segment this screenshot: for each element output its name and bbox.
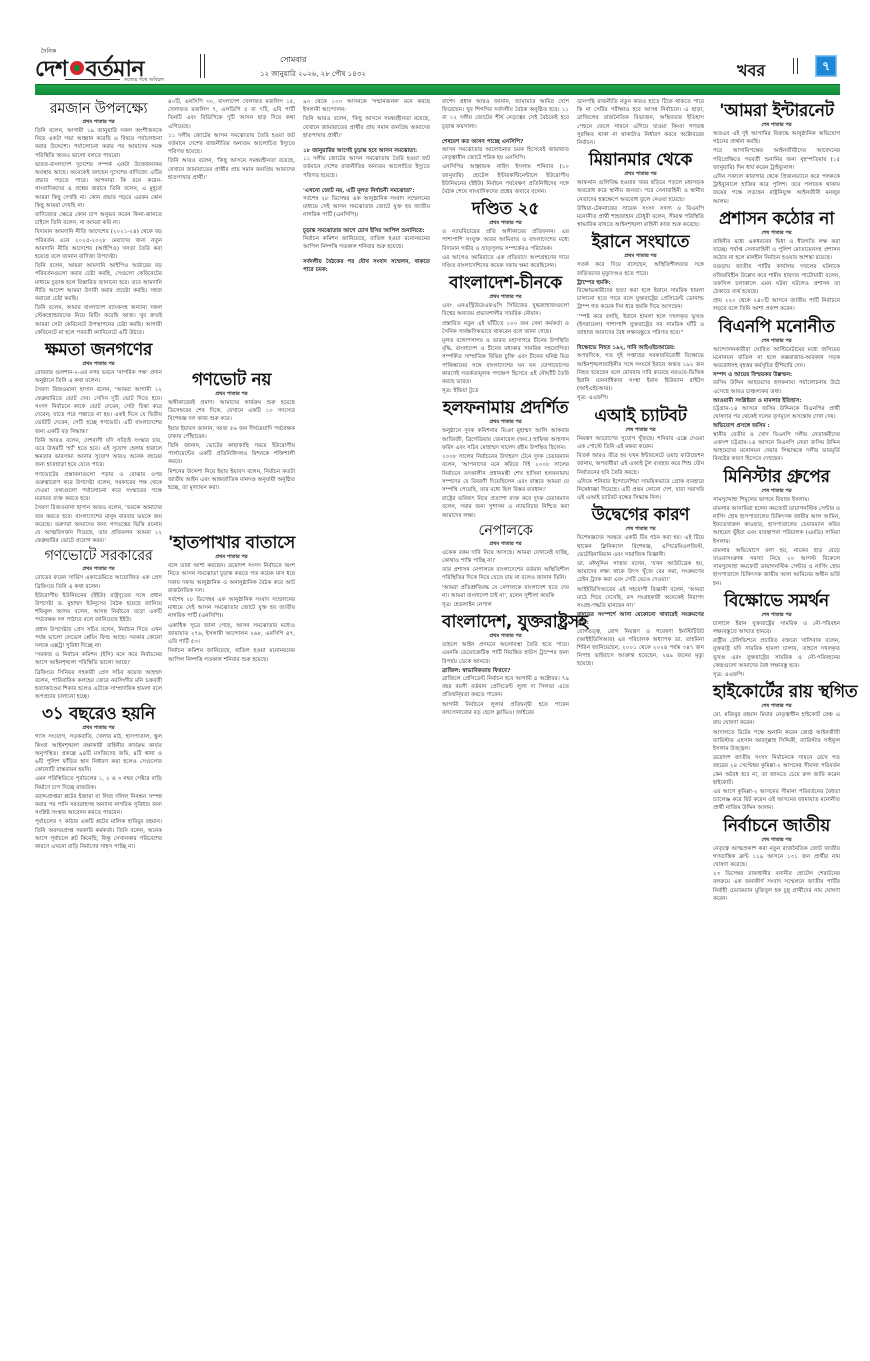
paragraph: নেতৃত্বে আত্মপ্রকাশ করা নতুন রাজনৈতিক জো… — [713, 845, 840, 870]
paragraph: রোগতত্ত্ব, রোগ নিয়ন্ত্রণ ও গবেষণা ইনস্ট… — [577, 628, 704, 669]
article-bnp-mononito[interactable]: বিএনপি মনোনীত শেষ পাতার পর আন্দোলনকারীরা… — [713, 316, 840, 464]
paragraph: তিনি জানান, ভোটের কাছাকাছি সময়ে ইউরোপীয… — [168, 442, 295, 467]
paragraph: ১১ দলীয় জোটের আসন সমঝোতায় তৈরি হওয়া জ… — [168, 132, 295, 157]
paragraph: সর্বশেষ ২৮ ডিসেম্বর এক আনুষ্ঠানিক সংবাদ … — [168, 596, 295, 621]
source-credit: সূত্র: এএফপি। — [713, 671, 840, 679]
paragraph: ৪০টি, এনসিপি ৩০, বাংলাদেশ খেলাফত মজলিস ১… — [168, 98, 295, 131]
jump-label: প্রথম পাতার পর — [35, 566, 162, 573]
column-1: রমজান উপলক্ষ্যে প্রথম পাতার পর তিনি বলেন… — [35, 98, 162, 852]
paragraph: বিক্ষোভকারীদের হত্যা করা হলে ইরানে সামরি… — [577, 287, 704, 312]
paragraph: এর আগেও আমিরাতে এক প্রতিবাদে অংশগ্রহণের … — [442, 254, 569, 270]
paragraph: এদিকে শনিবার ইন্দোনেশিয়া সাময়িকভাবে গ্… — [577, 478, 704, 503]
column-3: ৯০ থেকে ১০০ আসনকে 'সম্মানজনক' মনে করছে ই… — [303, 98, 430, 275]
issue-day: সোমবার — [280, 54, 306, 67]
paragraph: এর আগে কুমিল্লা-২ আসনের সীমানা পরিবর্তনে… — [713, 788, 840, 813]
column-5: ডানপন্থি রাজনীতি নতুন কারও হাতে টিকে থাক… — [577, 98, 704, 670]
headline: গণভোটে সরকারের — [35, 547, 162, 566]
jump-label: প্রথম পাতার পর — [442, 419, 569, 426]
article-nirbachone-jatiyo[interactable]: নির্বাচনে জাতীয় শেষ পাতার পর নেতৃত্বে আ… — [713, 815, 840, 903]
newspaper-logo[interactable]: দৈনিক দেশবর্তমান সত্যের পথে অবিচল — [35, 48, 195, 84]
paragraph: বগুড়ায় জাতীয় পার্টির কার্যালয় দখলের … — [713, 263, 840, 296]
jump-label: প্রথম পাতার পর — [35, 119, 162, 126]
paragraph: গণভোটের প্রস্তাবনাগুলো পড়ার ও বোঝার ওপর… — [35, 471, 162, 504]
article-bikkhobhe-somorthon[interactable]: বিক্ষোভে সমর্থন শেষ পাতার পর চালালে ইরান… — [713, 590, 840, 679]
subheading: অভিযোগ প্রসঙ্গে জসিম : — [713, 422, 840, 430]
jump-label: প্রথম পাতার পর — [168, 391, 295, 398]
jump-label: প্রথম পাতার পর — [442, 294, 569, 301]
paragraph: সামসুদ্দোহা শিমুলের ভাগনে রিয়াজ ইসলাম। — [713, 496, 840, 504]
paragraph: তিনি আরও বলেন, 'কিছু আসনে সমন্বয়হীনতা র… — [303, 115, 430, 140]
paragraph: মামলার আসামিরা হলেন কমফোর্ট ডায়াগনস্টিক… — [713, 505, 840, 546]
paragraph: পূর্বাচলের ৭ কাঠার একটি প্লটের মালিক হাব… — [35, 818, 162, 851]
paragraph: মো. মজিবুর রহমান মিয়ার নেতৃত্বাধীন হাইক… — [713, 711, 840, 727]
subheading: বিক্ষোভে নিহত ১৯২, দাবি আইএইচআরের: — [577, 344, 704, 352]
jump-label: শেষ পাতার পর — [713, 230, 840, 237]
paragraph: সৈয়দা রিজওয়ানা হাসান বলেন, 'আমরা আগামী… — [35, 386, 162, 435]
article-holofnamay-prodorshito[interactable]: হলফনামায় প্রদর্শিত প্রথম পাতার পর অনুষ্… — [442, 397, 569, 519]
headline: এআই চ্যাটবট — [577, 405, 704, 427]
section-divider — [793, 58, 798, 74]
article-irane-songhate[interactable]: ইরানে সংঘাতে প্রথম পাতার পর সতর্ক করে দি… — [577, 231, 704, 402]
paragraph: অপরদিকে, গত দুই সপ্তাহের সরকারবিরোধী বিক… — [577, 352, 704, 393]
column-4: রাশেদ প্রধান আরও জানান, জামায়াত আমির দে… — [442, 98, 569, 718]
paragraph: তিনি বলেন, আমার বাংলাদেশ ব্যাংকসহ অন্যান… — [35, 304, 162, 337]
headline: হাইকোর্টের রায় স্থগিত — [713, 681, 840, 703]
paragraph: ডা. মঈনুদ্দিন সাত্তার বলেন, 'যখন আউটব্রে… — [577, 560, 704, 585]
paragraph: তার প্রশাসন নেপালকে বাংলাদেশের বর্তমান অ… — [442, 566, 569, 582]
paragraph: নিয়ন্ত্রণ আরোপের সুযোগ খুঁজছে। শনিবার এ… — [577, 435, 704, 451]
jump-label: প্রথম পাতার পর — [442, 633, 569, 640]
headline: ইরানে সংঘাতে — [577, 231, 704, 253]
paragraph: ডানপন্থি রাজনীতি নতুন কারও হাতে টিকে থাক… — [577, 98, 704, 147]
paragraph: বাণিজ্যের ক্ষেত্রে কোন চাপ অনুভব করেন কি… — [35, 211, 162, 227]
subheading: ট্রাম্পের হুমকি: — [577, 279, 704, 287]
jump-label: শেষ পাতার পর — [713, 122, 840, 129]
subheading: সর্বদলীয় বৈঠকের পর যৌথ সংবাদ সম্মেলন, থ… — [303, 258, 430, 274]
paragraph: তিনি আরও বলেন, 'কিছু আসনে সমন্বয়হীনতা র… — [168, 157, 295, 182]
article-myanmar-theke[interactable]: মিয়ানমার থেকে প্রথম পাতার পর আফনান গুলি… — [577, 149, 704, 229]
paragraph: এবং এনএস্ট্রিউরেএফএসি সিরিজের যুদ্ধজাহাজ… — [442, 302, 569, 318]
paragraph: আসন সমঝোতার আলোচনার চমক হিসেবেই জামায়াত… — [442, 146, 569, 162]
subheading: ১৮ জানুয়ারির আগেই চূড়ান্ত হবে আসন সমঝো… — [303, 147, 430, 155]
headline: নেপালকে — [442, 522, 569, 541]
paragraph: আন্দোলনকারীরা ঘোষিত আল্টিমেটামের মধ্যে জ… — [713, 346, 840, 371]
paragraph: বাহিনীর মধ্যে একধরনের দ্বিধা ও ধীরগতি লক… — [713, 238, 840, 263]
jump-label: শেষ পাতার পর — [713, 338, 840, 345]
paragraph: প্রধান উপদেষ্টার প্রেস সচিব বলেন, নির্বা… — [35, 626, 162, 651]
paragraph: ইউরোপীয় ইউনিয়নের (ইইউ) রাষ্ট্রদূতের সঙ… — [35, 592, 162, 625]
article-ai-chatbot[interactable]: এআই চ্যাটবট শেষ পাতার পর নিয়ন্ত্রণ আরোপ… — [577, 405, 704, 503]
headline: মিনিস্টার গ্রুপের — [713, 466, 840, 488]
jump-label: প্রথম পাতার পর — [577, 253, 704, 260]
paragraph: মামলার অভিযোগে বলা হয়, নাকের হাড় বেড়ে… — [713, 547, 840, 588]
paragraph: প্রায় ২২০ থেকে ২৪০টি আসনে জাতীয় পার্টি… — [713, 297, 840, 313]
paragraph: ব্রাজিলে প্রেসিডেন্ট নির্বাচন হবে আগামী … — [442, 675, 569, 700]
paragraph: তিনি বলেন, আগামী ১৯ জানুয়ারি সকল অংশীজন… — [35, 127, 162, 160]
column-6: 'আমরা ইন্টারনেট শেষ পাতার পর অতএব এই দুই… — [713, 98, 840, 904]
headline: ৩১ বছরেও হয়নি — [35, 703, 162, 725]
article-udbeger-karon[interactable]: উদ্বেগের কারণ শেষ পাতার পর বিশেষজ্ঞদের স… — [577, 504, 704, 668]
paragraph: সতর্ক করে দিয়ে বলেছেন, অস্থিতিশীলতার সঙ… — [577, 261, 704, 277]
jump-label: শেষ পাতার পর — [713, 703, 840, 710]
headline: গণভোট নয় — [168, 369, 295, 391]
paragraph: 'সরকার ও নির্বাচন কমিশন (ইসি) মনে করে নি… — [35, 651, 162, 667]
jump-label: শেষ পাতার পর — [577, 427, 704, 434]
jump-label: প্রথম পাতার পর — [442, 541, 569, 548]
jump-label: শেষ পাতার পর — [713, 612, 840, 619]
paragraph: উখিয়া-টেকনাফের সাবেক সংসদ সদস্য ও বিএনপ… — [577, 205, 704, 230]
article-minister-grouper[interactable]: মিনিস্টার গ্রুপের শেষ পাতার পর সামসুদ্দো… — [713, 466, 840, 588]
paragraph: আইইডিসিআরের এই সহযোগী বিজ্ঞানী বলেন, 'আম… — [577, 586, 704, 611]
article-dondito-25[interactable]: দণ্ডিত ২৫ প্রথম পাতার পর ও ন্যায়বিচারের… — [442, 198, 569, 270]
subheading: সম্পদ ও আয়ের বিস্ময়কর উল্লম্ফন: — [713, 371, 840, 379]
paragraph: তাহলে আইন প্রণয়নে অচলাবস্থা তৈরি হতে পা… — [442, 641, 569, 666]
headline: বাংলাদেশ-চীনকে — [442, 272, 569, 294]
paragraph: পরে আসামিপক্ষের আইনজীবীদের আবেদনের পরিপ্… — [713, 147, 840, 172]
jump-label: প্রথম পাতার পর — [35, 361, 162, 368]
article-amra-internet[interactable]: 'আমরা ইন্টারনেট শেষ পাতার পর অতএব এই দুই… — [713, 100, 840, 206]
headline: 'হাতপাখার বাতাসে — [168, 532, 295, 554]
paragraph: বিদ্যমান আমদানি নীতি আদেশের (২০২১-২৪) থে… — [35, 228, 162, 261]
paragraph: অঙ্গীকারেরই প্রমাণ। আমাদের কার্যক্রম শুর… — [168, 399, 295, 424]
jump-label: শেষ পাতার পর — [713, 488, 840, 495]
paragraph: চট্টগ্রাম-১৪ আসনে জসিম উদ্দিনকে বিএনপির … — [713, 405, 840, 421]
paragraph: রাষ্ট্রের ভবিষ্যৎ নিয়ে প্রত্যাশা ব্যক্ত… — [442, 495, 569, 520]
paragraph: ভারত-বাংলাদেশ দুদেশের সম্পর্ক একটা উত্তে… — [35, 161, 162, 210]
page-number-badge: ৭ — [815, 55, 837, 77]
paragraph: রাশেদ প্রধান আরও জানান, জামায়াত আমির দে… — [442, 98, 569, 131]
paragraph: একাধিক সূত্রে জানা গেছে, আসন সমঝোতার মধ্… — [168, 622, 295, 647]
paragraph: বিশেষজ্ঞদের সমন্বয়ে একটি টিম গঠন করা হয… — [577, 534, 704, 559]
jump-label: প্রথম পাতার পর — [442, 220, 569, 227]
headline: বিএনপি মনোনীত — [713, 316, 840, 338]
article-hatpakhar-batase[interactable]: 'হাতপাখার বাতাসে প্রথম পাতার পর বলে তারা… — [168, 532, 295, 663]
article-nepalke[interactable]: নেপালকে প্রথম পাতার পর একেক রকম দাবি নিয… — [442, 522, 569, 609]
paragraph: রোববার গুলশান-২-এর নগর ভবনে 'নাগরিক পক্ষ… — [35, 369, 162, 385]
paragraph: আফনান গুলিবিদ্ধ হওয়ার খবর ছড়িয়ে পড়লে… — [577, 179, 704, 204]
paragraph: আদালতে রিটের পক্ষে শুনানি করেন জ্যেষ্ঠ আ… — [713, 729, 840, 754]
jump-label: প্রথম পাতার পর — [577, 171, 704, 178]
article-bangladesh-jukttorashtrosoho[interactable]: বাংলাদেশ, যুক্তরাষ্ট্রসহ প্রথম পাতার পর … — [442, 611, 569, 717]
paragraph: এনসিপির আহ্বায়ক নাহিদ ইসলাম শনিবার (১০ … — [442, 163, 569, 196]
paragraph: ''স্পষ্ট করে বলছি, ইরানে হামলা হলে দখলকৃ… — [577, 313, 704, 338]
paragraph: একেক রকম দাবি নিয়ে আসছে। আমরা যেখানেই য… — [442, 549, 569, 565]
article-31-bochoreo-hoyni[interactable]: ৩১ বছরেও হয়নি প্রথম পাতার পর গ্যাস সংযো… — [35, 703, 162, 851]
headline: মিয়ানমার থেকে — [577, 149, 704, 171]
paragraph: ১১ দলীয় জোটের আসন সমঝোতায় তৈরি হওয়া জ… — [303, 155, 430, 180]
column-2: ৪০টি, এনসিপি ৩০, বাংলাদেশ খেলাফত মজলিস ১… — [168, 98, 295, 665]
source-credit: সূত্র: হেডলাইন নেপাল — [442, 601, 569, 609]
paragraph: নির্বাচন কমিশন জানিয়েছে, বাতিল হওয়া মন… — [303, 235, 430, 251]
paragraph: ২৩ ডিসেম্বর রাজধানীর বনানীর হোটেল শেরাটন… — [713, 870, 840, 903]
paragraph: মূলত বঙ্গোপসাগর ও ভারত মহাসাগরে চীনের উপ… — [442, 337, 569, 386]
paragraph: অনুষ্ঠানে দুদক কমিশনার মিঞা মুহাম্মদ আলি… — [442, 427, 569, 452]
subheading: চূড়ান্ত সমঝোতার আগে চোখ ইসির আপিল শুনান… — [303, 227, 430, 235]
paragraph: আগামী নির্বাচনে লুলার প্রতিদ্বন্দ্বী হতে… — [442, 701, 569, 717]
paragraph: ব্রিফিংয়ে সিনিয়র সহকারী প্রেস সচিব ফয়… — [35, 669, 162, 702]
paragraph: ত্রয়োদশ জাতীয় সংসদ নির্বাচনকে সামনে রে… — [713, 754, 840, 787]
paragraph: এদিন সকালে কারাগার থেকে প্রিজনভ্যানে করে… — [713, 173, 840, 206]
paragraph: এমন পরিস্থিতিতে পূর্বাচলের ১, ২ ও ৩ নম্ব… — [35, 775, 162, 791]
paragraph: বরাদ্দপ্রাপ্তরা প্লটের ইজারা বা লিজ দলিল… — [35, 793, 162, 818]
masthead-divider — [200, 54, 205, 78]
paragraph: নির্বাচন কমিশন জানিয়েছে, বাতিল হওয়া মন… — [168, 647, 295, 663]
paragraph: ও ন্যায়বিচারের প্রতি অঙ্গীকারের প্রতিফল… — [442, 228, 569, 253]
paragraph: তিনি বলেন, আমরা আমদানি আইপিও অর্ডারের বড… — [35, 262, 162, 303]
section-title: খবর — [737, 58, 765, 85]
bangladesh-map-emblem-icon — [70, 61, 84, 75]
paragraph: ২০০৮ সালের নির্বাচনের উদাহরণ টেনে দুদক চ… — [442, 453, 569, 494]
jump-label: প্রথম পাতার পর — [168, 554, 295, 561]
paragraph: 'আমরা প্রতিশ্রুতিবদ্ধ যে নেপালকে বাংলাদে… — [442, 584, 569, 600]
subheading: আওয়ামী সংশ্লিষ্টতা ও মামলার ইতিহাস: — [713, 397, 840, 405]
paragraph: বিতর্ক আরও তীব্র হয় যখন ইন্টারনেটে ওয়া… — [577, 452, 704, 477]
paragraph: গ্যাস সংযোগ, সড়কবাতি, খেলার মাঠ, হাসপাত… — [35, 733, 162, 774]
headline: ক্ষমতা জনগণের — [35, 339, 162, 361]
headline: 'আমরা ইন্টারনেট — [713, 100, 840, 122]
article-gonovote-noy[interactable]: গণভোট নয় প্রথম পাতার পর অঙ্গীকারেরই প্র… — [168, 369, 295, 492]
paragraph: ইয়ার ইয়াবস জানান, আজ ৫৬ জন দীর্ঘমেয়াদ… — [168, 425, 295, 441]
article-khomota-jonogoner[interactable]: ক্ষমতা জনগণের প্রথম পাতার পর রোববার গুলশ… — [35, 339, 162, 545]
article-proshason-kothor-na[interactable]: প্রশাসন কঠোর না শেষ পাতার পর বাহিনীর মধ্… — [713, 208, 840, 314]
jump-label: শেষ পাতার পর — [577, 526, 704, 533]
paragraph: সর্বশেষ ২৮ ডিসেম্বর এক আনুষ্ঠানিক সংবাদ … — [303, 195, 430, 220]
paragraph: রোডের ফরেন সার্ভিস একাডেমিতে আয়োজিত এক … — [35, 574, 162, 590]
headline: প্রশাসন কঠোর না — [713, 208, 840, 230]
headline: রমজান উপলক্ষ্যে — [35, 100, 162, 119]
paragraph: সৈয়দা রিজওয়ানা হাসান আরও বলেন, 'ভয়কে … — [35, 504, 162, 545]
paragraph: বলে তারা আশা করছেন। ত্রয়োদশ সংসদ নির্বা… — [168, 562, 295, 595]
subheading: শেষমেশ কত আসন পাচ্ছে এনসিপি? — [442, 138, 569, 146]
paragraph: তিনি আরও বলেন, দেশবাসী যদি সত্যিই সংস্কা… — [35, 437, 162, 470]
paragraph: ৯০ থেকে ১০০ আসনকে 'সম্মানজনক' মনে করছে ই… — [303, 98, 430, 114]
headline: উদ্বেগের কারণ — [577, 504, 704, 526]
headline: দণ্ডিত ২৫ — [442, 198, 569, 220]
paragraph: স্থানীয় বেতীর ও খোদ বিএনপি দলীয় নেতাকর… — [713, 431, 840, 464]
subheading: ব্রাজিল: স্বাভাবিকতায় ফিরবে? — [442, 667, 569, 675]
paragraph: অতএব এই দুই আসামির বিরুদ্ধে আনুষ্ঠানিক অ… — [713, 130, 840, 146]
headline: নির্বাচনে জাতীয় — [713, 815, 840, 837]
article-highcourter-ray-sthogit[interactable]: হাইকোর্টের রায় স্থগিত শেষ পাতার পর মো. … — [713, 681, 840, 812]
masthead: দৈনিক দেশবর্তমান সত্যের পথে অবিচল সোমবার… — [35, 48, 840, 84]
paragraph: রাষ্ট্রীয় টেলিভিশনে প্রচারিত বক্তব্যে খ… — [713, 637, 840, 670]
paragraph: চালালে ইরান যুক্তরাষ্ট্রের সামরিক ও নৌ-প… — [713, 620, 840, 636]
source-credit: সূত্র: ইন্ডিয়া টুডে — [442, 387, 569, 395]
headline: বাংলাদেশ, যুক্তরাষ্ট্রসহ — [442, 611, 569, 633]
headline: হলফনামায় প্রদর্শিত — [442, 397, 569, 419]
article-bangladesh-chinke[interactable]: বাংলাদেশ-চীনকে প্রথম পাতার পর এবং এনএস্ট… — [442, 272, 569, 395]
subheading: বাদুড়ের সংস্পর্শে আসা যেকোনো খাবারেই সং… — [577, 611, 704, 627]
issue-date: ১২ জানুয়ারি ২০২৬, ২৮ পৌষ ১৪৩২ — [260, 68, 366, 80]
paragraph: প্রস্তাবিত নতুন এই ঘাঁটিতে ১০০ জন সেনা ক… — [442, 320, 569, 336]
paragraph: মিশনের উদ্দেশ্য নিয়ে ইয়ার ইয়াবস বলেন,… — [168, 468, 295, 493]
subheading: 'এখনো জোট নয়, এটি মূলত নির্বাচনী সমঝোতা… — [303, 187, 430, 195]
paragraph: জসিম উদ্দিন আহমেদের হলফনামা পর্যালোচনায়… — [713, 379, 840, 395]
article-ramadan[interactable]: রমজান উপলক্ষ্যে প্রথম পাতার পর তিনি বলেন… — [35, 100, 162, 337]
headline: বিক্ষোভে সমর্থন — [713, 590, 840, 612]
header-green-bar — [35, 84, 840, 95]
jump-label: প্রথম পাতার পর — [35, 725, 162, 732]
article-gonovote-sorkarer[interactable]: গণভোটে সরকারের প্রথম পাতার পর রোডের ফরেন… — [35, 547, 162, 701]
jump-label: শেষ পাতার পর — [713, 837, 840, 844]
source-credit: সূত্র: এএফপি। — [577, 394, 704, 402]
